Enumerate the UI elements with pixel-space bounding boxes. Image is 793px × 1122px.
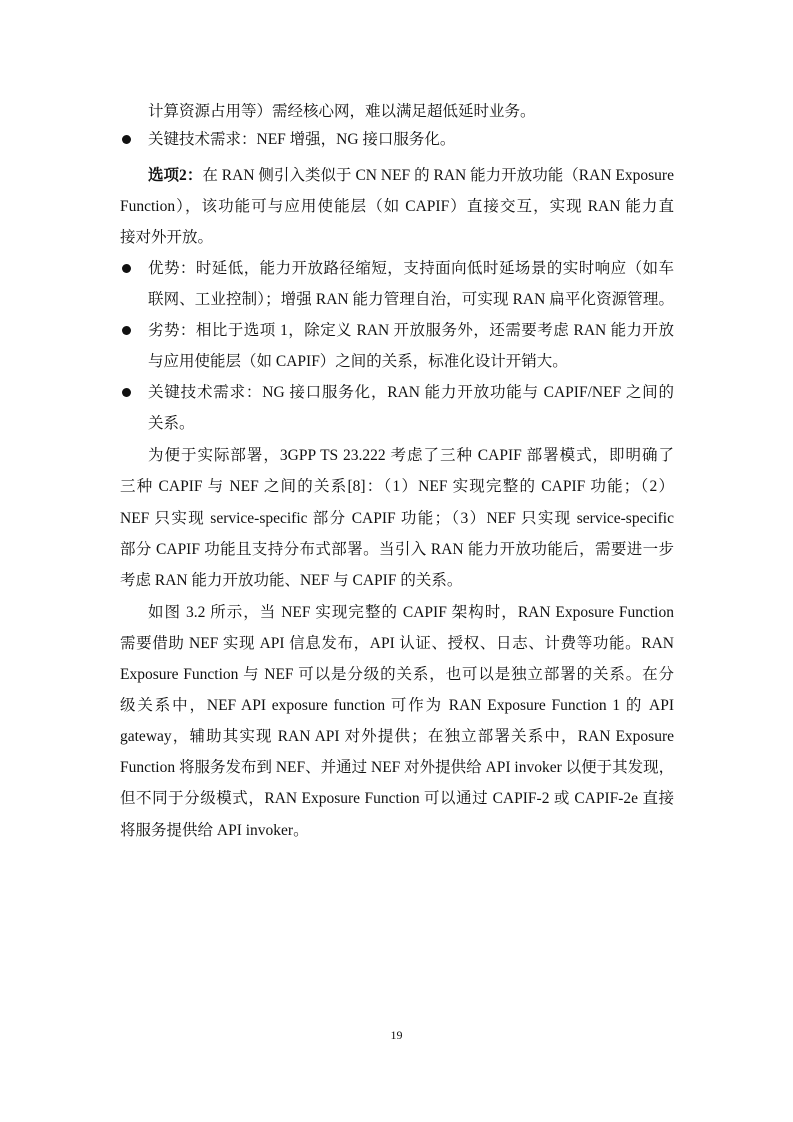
paragraph-line: gateway，辅助其实现 RAN API 对外提供；在独立部署关系中，RAN … bbox=[120, 721, 674, 752]
bullet-text: 关键技术需求：NEF 增强，NG 接口服务化。 bbox=[148, 124, 455, 155]
bullet-icon bbox=[122, 388, 131, 397]
bullet-item-key-requirement: 关键技术需求：NG 接口服务化，RAN 能力开放功能与 CAPIF/NEF 之间… bbox=[120, 377, 674, 408]
paragraph-line: 但不同于分级模式，RAN Exposure Function 可以通过 CAPI… bbox=[120, 783, 674, 814]
paragraph-line: 部分 CAPIF 功能且支持分布式部署。当引入 RAN 能力开放功能后，需要进一… bbox=[120, 534, 674, 565]
paragraph-line: 为便于实际部署，3GPP TS 23.222 考虑了三种 CAPIF 部署模式，… bbox=[148, 440, 674, 471]
option2-label: 选项2： bbox=[148, 167, 202, 184]
paragraph-line: 需要借助 NEF 实现 API 信息发布，API 认证、授权、日志、计费等功能。… bbox=[120, 628, 674, 659]
option2-text: 在 RAN 侧引入类似于 CN NEF 的 RAN 能力开放功能（RAN Exp… bbox=[202, 167, 674, 184]
bullet-icon bbox=[122, 264, 131, 273]
bullet-text: 关键技术需求：NG 接口服务化，RAN 能力开放功能与 CAPIF/NEF 之间… bbox=[148, 377, 674, 408]
paragraph-line: Function 将服务发布到 NEF、并通过 NEF 对外提供给 API in… bbox=[120, 752, 674, 783]
bullet-continuation: 联网、工业控制）；增强 RAN 能力管理自治，可实现 RAN 扁平化资源管理。 bbox=[148, 284, 674, 315]
bullet-text: 优势：时延低，能力开放路径缩短，支持面向低时延场景的实时响应（如车 bbox=[148, 253, 674, 284]
paragraph-line: 级关系中，NEF API exposure function 可作为 RAN E… bbox=[120, 690, 674, 721]
paragraph-line: Exposure Function 与 NEF 可以是分级的关系，也可以是独立部… bbox=[120, 659, 674, 690]
paragraph-line: NEF 只实现 service-specific 部分 CAPIF 功能；（3）… bbox=[120, 503, 674, 534]
bullet-item-disadvantage: 劣势：相比于选项 1，除定义 RAN 开放服务外，还需要考虑 RAN 能力开放 bbox=[120, 315, 674, 346]
bullet-continuation: 关系。 bbox=[148, 408, 195, 439]
option2-line-3: 接对外开放。 bbox=[120, 222, 213, 253]
paragraph-line: 将服务提供给 API invoker。 bbox=[120, 815, 309, 846]
bullet-item-advantage: 优势：时延低，能力开放路径缩短，支持面向低时延场景的实时响应（如车 bbox=[120, 253, 674, 284]
bullet-icon bbox=[122, 135, 131, 144]
continuation-line: 计算资源占用等）需经核心网，难以满足超低延时业务。 bbox=[148, 96, 536, 127]
paragraph-line: 考虑 RAN 能力开放功能、NEF 与 CAPIF 的关系。 bbox=[120, 565, 462, 596]
page-number: 19 bbox=[0, 1028, 793, 1043]
bullet-icon bbox=[122, 326, 131, 335]
bullet-text: 劣势：相比于选项 1，除定义 RAN 开放服务外，还需要考虑 RAN 能力开放 bbox=[148, 315, 674, 346]
option2-line-2: Function），该功能可与应用使能层（如 CAPIF）直接交互，实现 RAN… bbox=[120, 191, 674, 222]
option2-line-1: 选项2：在 RAN 侧引入类似于 CN NEF 的 RAN 能力开放功能（RAN… bbox=[148, 160, 674, 191]
bullet-item: 关键技术需求：NEF 增强，NG 接口服务化。 bbox=[120, 124, 674, 155]
paragraph-line: 如图 3.2 所示，当 NEF 实现完整的 CAPIF 架构时，RAN Expo… bbox=[148, 597, 674, 628]
paragraph-line: 三种 CAPIF 与 NEF 之间的关系[8]：（1）NEF 实现完整的 CAP… bbox=[120, 471, 674, 502]
bullet-continuation: 与应用使能层（如 CAPIF）之间的关系，标准化设计开销大。 bbox=[148, 346, 568, 377]
